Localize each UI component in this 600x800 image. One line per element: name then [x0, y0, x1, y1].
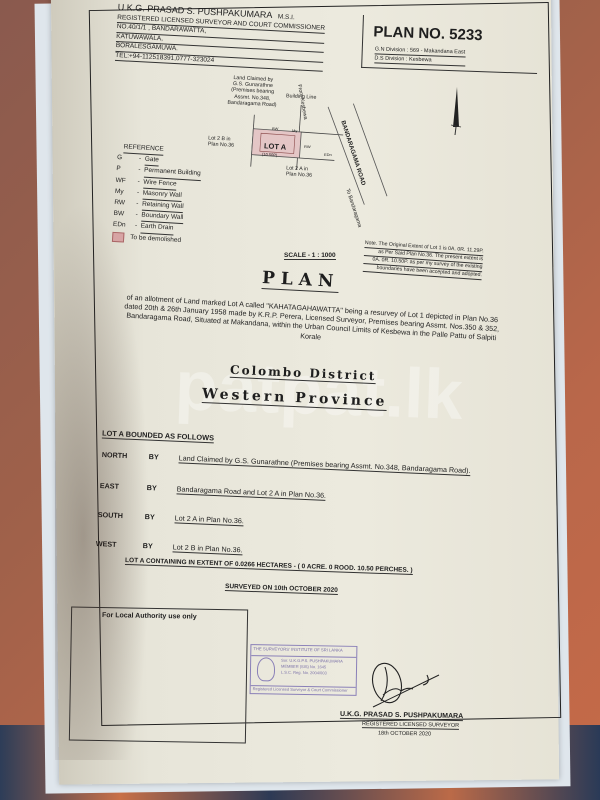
plan-number: PLAN NO. 5233 [373, 23, 483, 44]
boundary-by: BY [145, 512, 175, 522]
boundary-by: BY [149, 452, 179, 462]
stamp-lines: Sur. U.K.G.P.S. PUSHPAKUMARA MEMBER (SIS… [281, 658, 343, 677]
scale-label: SCALE - 1 : 1000 [284, 252, 336, 260]
lot-2a-line: Plan No.36 [286, 172, 313, 180]
reference-code: G [117, 153, 140, 165]
reference-code: EDn [113, 220, 136, 232]
institute-logo-icon [257, 657, 275, 681]
stamp-footer: Registered Licensed Surveyor & Court Com… [251, 685, 356, 695]
local-authority-label: For Local Authority use only [102, 612, 197, 621]
sketch-rw-label: RW [304, 144, 311, 149]
boundary-by: BY [147, 483, 177, 493]
header-qualification: M.S.I. [278, 13, 295, 21]
sketch-my-label: My [292, 128, 297, 133]
lot-2b-line: Plan No.36 [208, 142, 235, 150]
reference-code: RW [114, 198, 137, 210]
sketch-bw-label: BW [272, 126, 278, 131]
boundary-by: BY [143, 541, 173, 551]
reference-code: BW [113, 209, 136, 221]
sketch-lot-a: LOT A [264, 141, 287, 152]
site-sketch: Land Claimed by G.S. Gunarathne (Premise… [200, 60, 400, 240]
reference-meaning: Gate [144, 155, 159, 167]
sketch-land-claimed: Land Claimed by G.S. Gunarathne (Premise… [227, 75, 278, 109]
reference-code: WF [115, 176, 138, 188]
sketch-edn-label: EDn [324, 152, 332, 157]
local-authority-box: For Local Authority use only [69, 606, 248, 743]
sketch-lot-2a: Lot 2 A in Plan No.36 [286, 165, 313, 179]
signature-icon [365, 655, 445, 710]
reference-legend: REFERENCE G- Gate P- Permanent Building … [112, 142, 202, 248]
institute-stamp: THE SURVEYORS' INSTITUTE OF SRI LANKA Su… [250, 644, 358, 696]
demolish-swatch [112, 231, 125, 242]
plan-title: PLAN [262, 268, 340, 293]
stamp-title: THE SURVEYORS' INSTITUTE OF SRI LANKA [251, 645, 356, 658]
reference-code: My [115, 187, 138, 199]
sketch-lot-a-extent: (10.50P) [262, 151, 278, 157]
north-arrow-icon [445, 85, 465, 135]
sketch-lot-2b: Lot 2 B in Plan No.36 [208, 135, 235, 149]
signatory-date: 18th OCTOBER 2020 [378, 731, 431, 738]
reference-code: P [116, 164, 139, 176]
stamp-line: L.S.C. Reg. No. 2004/003 [281, 670, 343, 677]
